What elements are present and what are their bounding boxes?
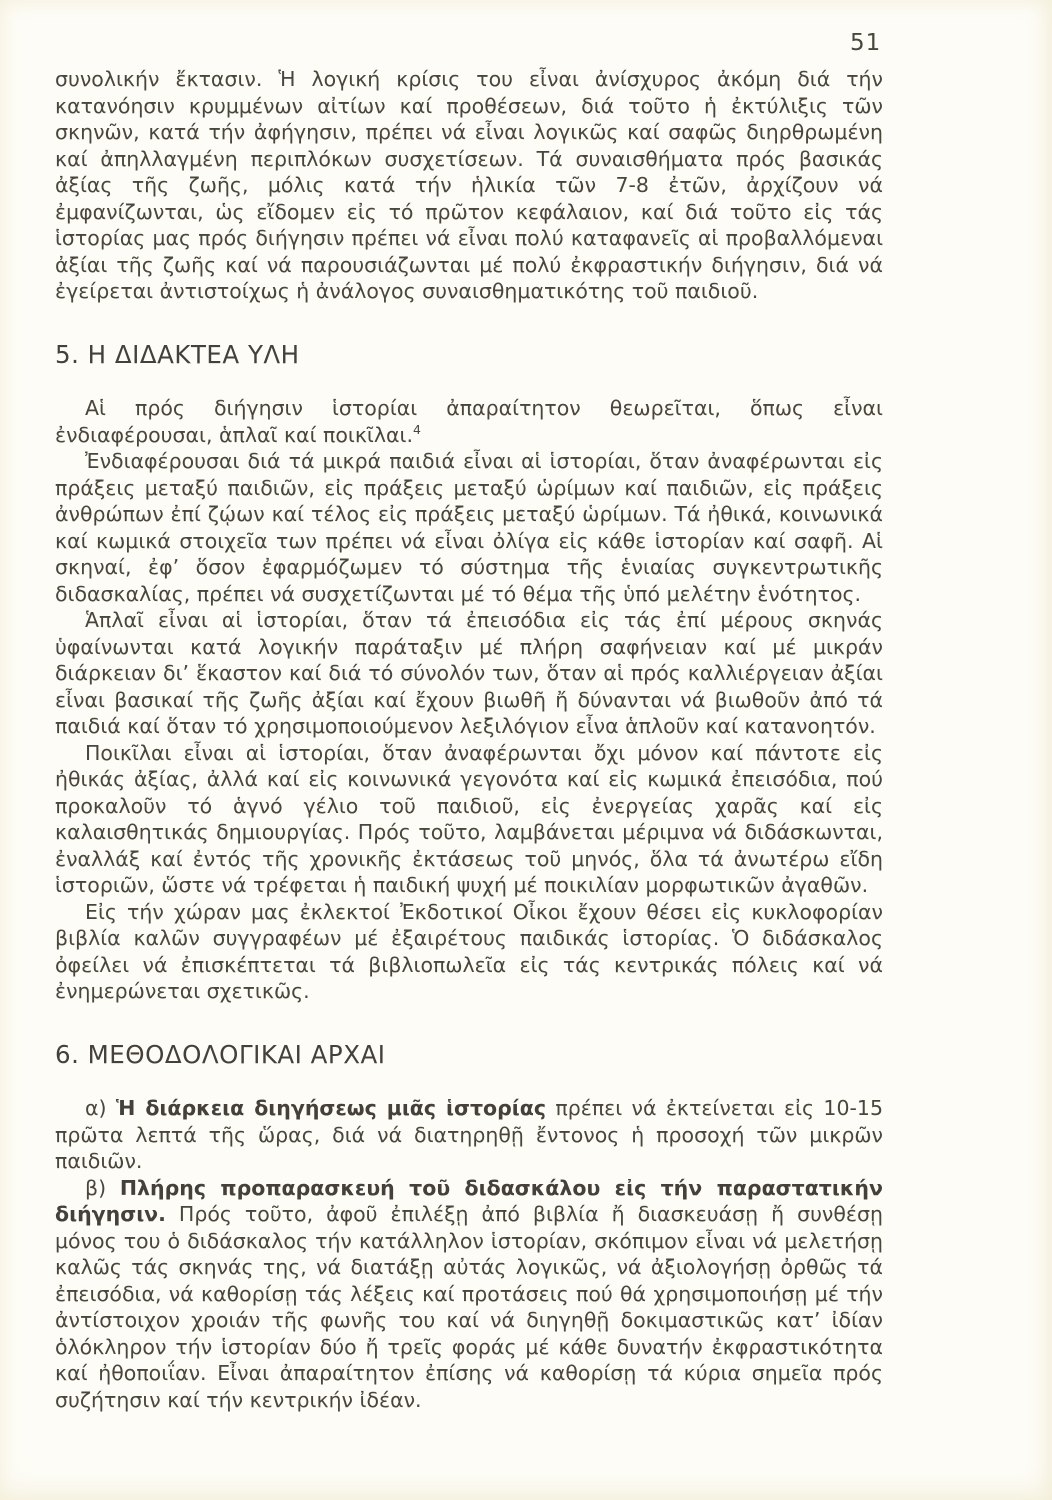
paragraph: Ἁπλαῖ εἶναι αἱ ἱστορίαι, ὅταν τά ἐπεισόδ… bbox=[55, 607, 883, 740]
paragraph: Αἱ πρός διήγησιν ἱστορίαι ἀπαραίτητον θε… bbox=[55, 395, 883, 448]
list-item-beta: β) Πλήρης προπαρασκευή τοῦ διδασκάλου εἰ… bbox=[55, 1175, 883, 1414]
page-number: 51 bbox=[850, 30, 881, 56]
paragraph: Ἐνδιαφέρουσαι διά τά μικρά παιδιά εἶναι … bbox=[55, 448, 883, 607]
paragraph: Εἰς τήν χώραν μας ἐκλεκτοί Ἐκδοτικοί Οἶκ… bbox=[55, 899, 883, 1005]
footnote-reference: 4 bbox=[413, 422, 421, 437]
text-column: συνολικήν ἔκτασιν. Ἡ λογική κρίσις του ε… bbox=[55, 66, 883, 1413]
list-item-alpha: α) Ἡ διάρκεια διηγήσεως μιᾶς ἱστορίας πρ… bbox=[55, 1095, 883, 1175]
item-text: Πρός τοῦτο, ἀφοῦ ἐπιλέξῃ ἀπό βιβλία ἤ δι… bbox=[55, 1202, 883, 1412]
scanned-book-page: 51 συνολικήν ἔκτασιν. Ἡ λογική κρίσις το… bbox=[0, 0, 1052, 1500]
paragraph-text: Αἱ πρός διήγησιν ἱστορίαι ἀπαραίτητον θε… bbox=[55, 396, 883, 447]
section-6-heading: 6. ΜΕΘΟΔΟΛΟΓΙΚΑΙ ΑΡΧΑΙ bbox=[55, 1042, 883, 1069]
item-prefix: β) bbox=[85, 1176, 120, 1200]
paragraph: Ποικῖλαι εἶναι αἱ ἱστορίαι, ὅταν ἀναφέρω… bbox=[55, 740, 883, 899]
item-bold-lead: Ἡ διάρκεια διηγήσεως μιᾶς ἱστορίας bbox=[116, 1096, 546, 1120]
item-prefix: α) bbox=[85, 1096, 116, 1120]
paragraph-continuation: συνολικήν ἔκτασιν. Ἡ λογική κρίσις του ε… bbox=[55, 66, 883, 305]
section-5-heading: 5. Η ΔΙΔΑΚΤΕΑ ΥΛΗ bbox=[55, 342, 883, 369]
